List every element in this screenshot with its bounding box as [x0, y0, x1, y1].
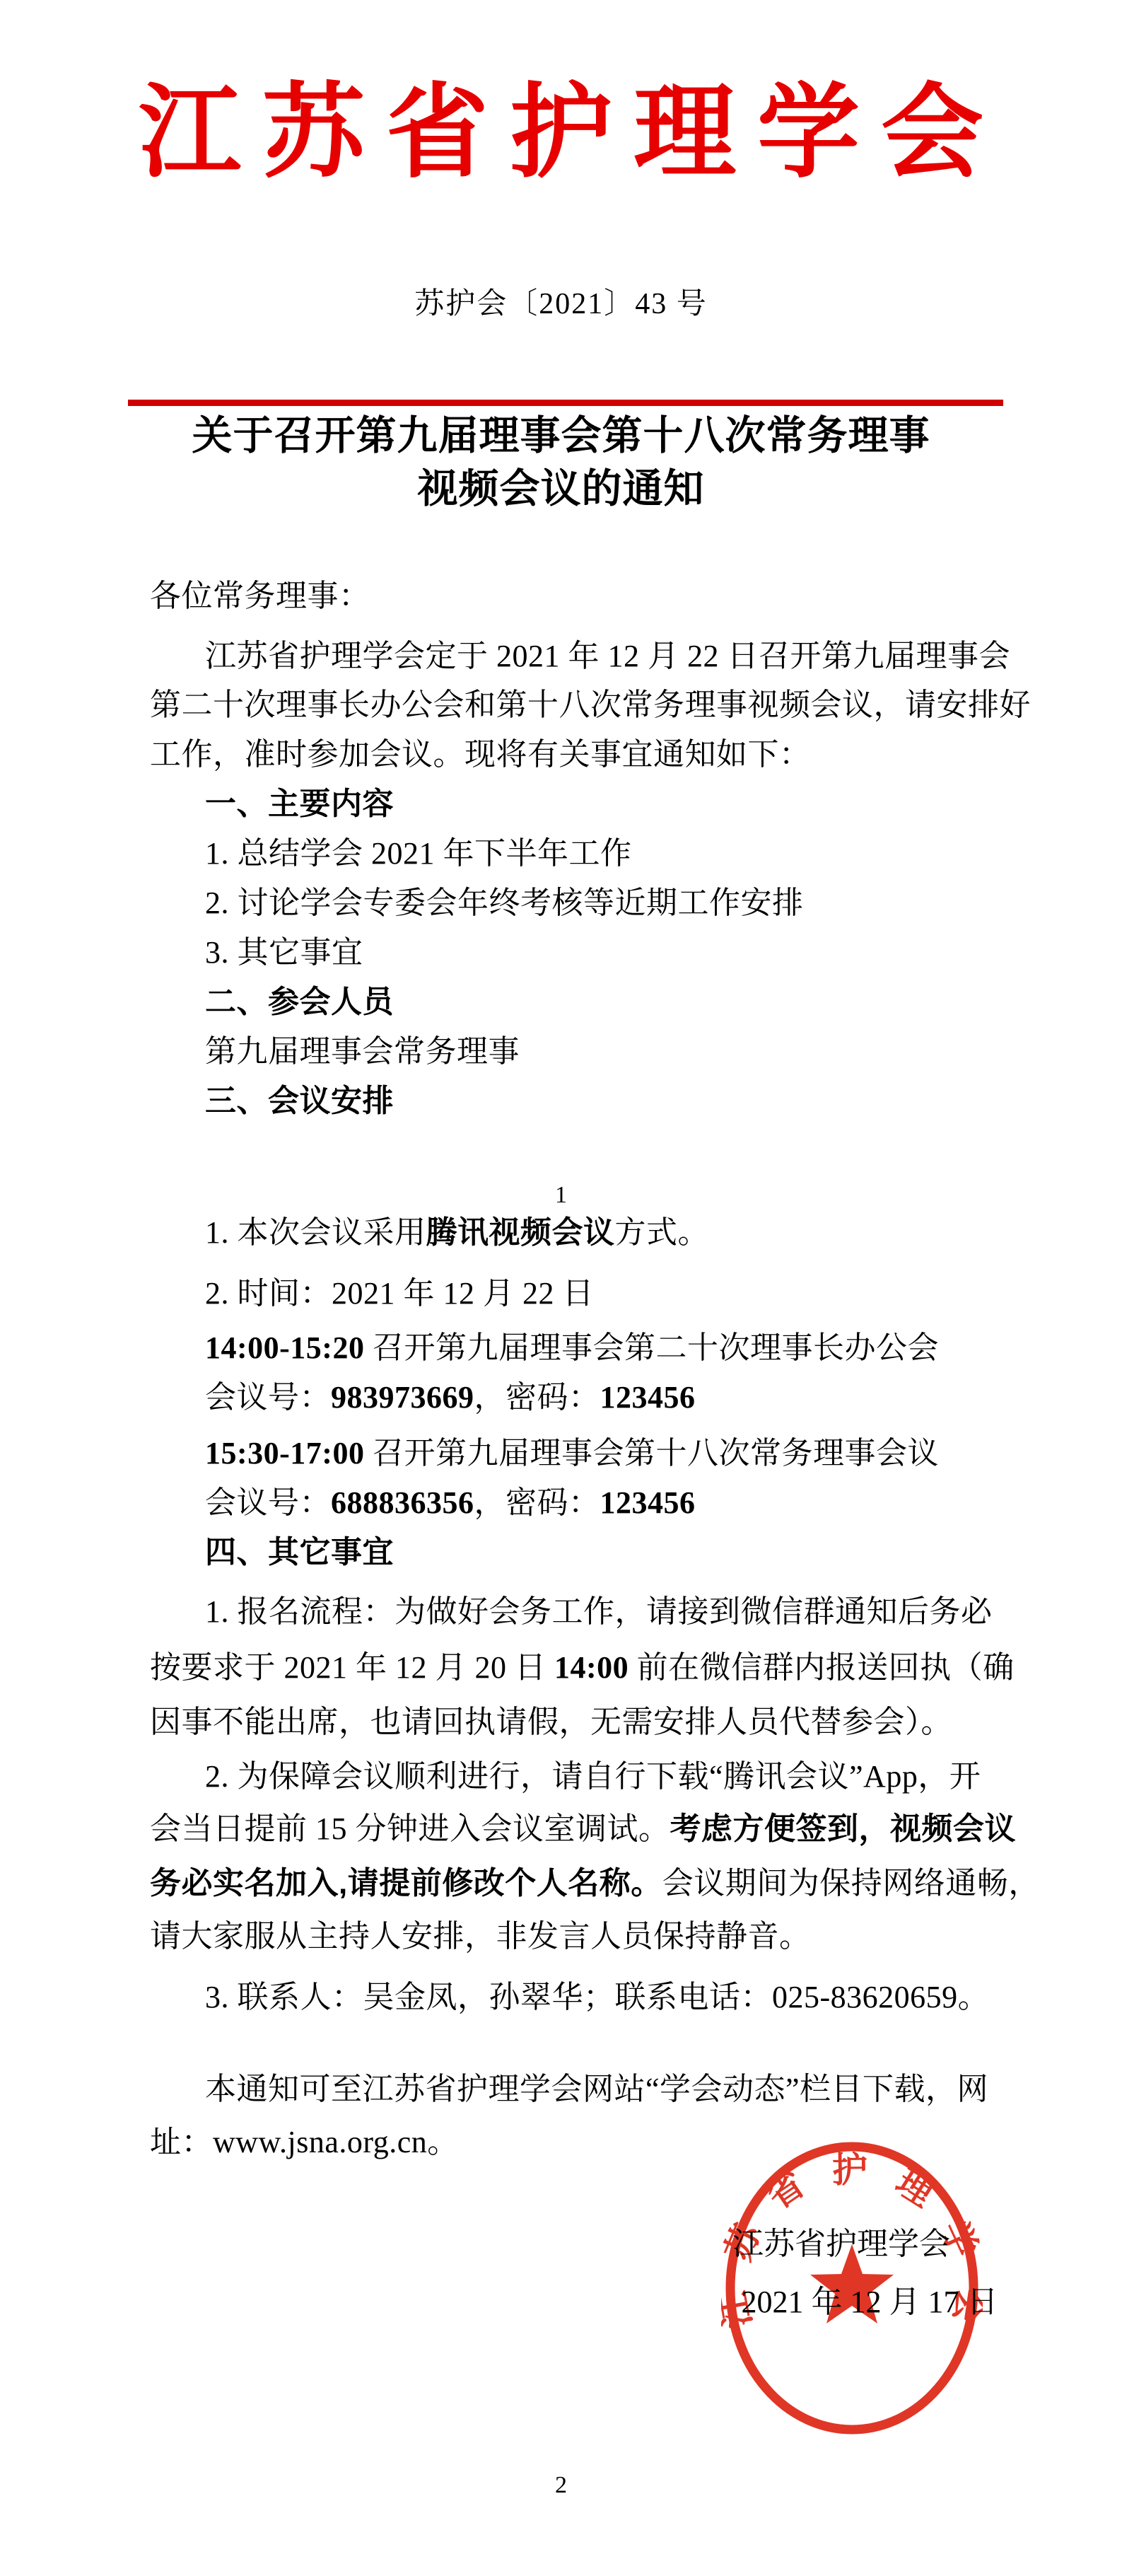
- item2-line2-pre: 会当日提前 15 分钟进入会议室调试。: [150, 1811, 670, 1846]
- intro-line-3: 工作，准时参加会议。现将有关事宜通知如下：: [150, 733, 1005, 776]
- section1-item-2: 2. 讨论学会专委会年终考核等近期工作安排: [150, 882, 1060, 924]
- page2-number: 2: [0, 2464, 1122, 2507]
- section4-item1-line3: 因事不能出席，也请回执请假，无需安排人员代替参会）。: [150, 1701, 1005, 1744]
- section3-item-1: 1. 本次会议采用腾讯视频会议方式。: [150, 1212, 1060, 1254]
- section1-item-3: 3. 其它事宜: [150, 932, 1060, 974]
- meeting1-password: 123456: [600, 1380, 696, 1415]
- letterhead-divider-rule: [128, 400, 1003, 406]
- meeting2-id: 688836356: [331, 1485, 474, 1520]
- official-notice-page: 江苏省护理学会 苏护会〔2021〕43 号 关于召开第九届理事会第十八次常务理事…: [0, 0, 1122, 2576]
- schedule-line-2: 15:30-17:00 召开第九届理事会第十八次常务理事会议: [150, 1432, 1060, 1475]
- section3-item1-pre: 1. 本次会议采用: [205, 1215, 426, 1250]
- section4-heading: 四、其它事宜: [150, 1531, 1060, 1574]
- section2-body: 第九届理事会常务理事: [150, 1031, 1060, 1073]
- section3-heading: 三、会议安排: [150, 1080, 1060, 1122]
- intro-line-1: 江苏省护理学会定于 2021 年 12 月 22 日召开第九届理事会: [150, 635, 1060, 678]
- official-seal: 江苏省护理学会: [721, 2140, 983, 2437]
- meeting-info-2: 会议号：688836356，密码：123456: [150, 1482, 1060, 1524]
- meeting1-id: 983973669: [331, 1380, 474, 1415]
- meeting1-password-label: ，密码：: [474, 1380, 600, 1415]
- meeting-info-1: 会议号：983973669，密码：123456: [150, 1376, 1060, 1419]
- section4-item2-line1: 2. 为保障会议顺利进行，请自行下载“腾讯会议”App，开: [150, 1756, 1060, 1798]
- seal-star-icon: [810, 2244, 894, 2323]
- schedule2-time: 15:30-17:00: [205, 1436, 364, 1470]
- schedule2-text: 召开第九届理事会第十八次常务理事会议: [364, 1436, 939, 1470]
- closing-note-line1: 本通知可至江苏省护理学会网站“学会动态”栏目下载，网: [150, 2068, 1060, 2111]
- section4-item1-line2: 按要求于 2021 年 12 月 20 日 14:00 前在微信群内报送回执（确: [150, 1647, 1005, 1689]
- schedule1-text: 召开第九届理事会第二十次理事长办公会: [364, 1330, 939, 1365]
- item1-line2-pre: 按要求于 2021 年 12 月 20 日: [150, 1650, 554, 1685]
- intro-line-2: 第二十次理事长办公会和第十八次常务理事视频会议，请安排好: [150, 684, 1005, 726]
- section4-item2-line4: 请大家服从主持人安排，非发言人员保持静音。: [150, 1915, 1005, 1958]
- meeting2-label: 会议号：: [205, 1485, 331, 1520]
- item1-line2-post: 前在微信群内报送回执（确: [629, 1650, 1015, 1685]
- meeting1-label: 会议号：: [205, 1380, 331, 1415]
- section4-item1-line1: 1. 报名流程：为做好会务工作，请接到微信群通知后务必: [150, 1591, 1060, 1633]
- document-title: 关于召开第九届理事会第十八次常务理事 视频会议的通知: [0, 410, 1122, 516]
- section4-item3-contacts: 3. 联系人：吴金凤，孙翠华；联系电话：025-83620659。: [150, 1976, 1060, 2019]
- item2-line3-post: 会议期间为保持网络通畅，: [662, 1866, 1040, 1901]
- section4-item2-line3: 务必实名加入,请提前修改个人名称。会议期间为保持网络通畅，: [150, 1862, 1005, 1905]
- section1-item-1: 1. 总结学会 2021 年下半年工作: [150, 832, 1060, 875]
- section3-item1-emphasis: 腾讯视频会议: [426, 1215, 615, 1250]
- section2-heading: 二、参会人员: [150, 981, 1060, 1023]
- document-title-line1: 关于召开第九届理事会第十八次常务理事: [0, 410, 1122, 463]
- meeting2-password-label: ，密码：: [474, 1485, 600, 1520]
- document-number: 苏护会〔2021〕43 号: [0, 283, 1122, 325]
- meeting2-password: 123456: [600, 1485, 696, 1520]
- section3-item1-post: 方式。: [615, 1215, 710, 1250]
- salutation: 各位常务理事：: [150, 575, 1005, 617]
- item2-line2-emphasis: 考虑方便签到，视频会议: [670, 1811, 1017, 1846]
- section4-item2-line2: 会当日提前 15 分钟进入会议室调试。考虑方便签到，视频会议: [150, 1808, 1005, 1850]
- document-title-line2: 视频会议的通知: [0, 463, 1122, 516]
- section1-heading: 一、主要内容: [150, 783, 1060, 825]
- item1-line2-deadline-time: 14:00: [554, 1650, 629, 1685]
- schedule-line-1: 14:00-15:20 召开第九届理事会第二十次理事长办公会: [150, 1327, 1060, 1369]
- schedule1-time: 14:00-15:20: [205, 1330, 364, 1365]
- item2-line3-emphasis: 务必实名加入,请提前修改个人名称。: [150, 1866, 662, 1901]
- section3-item-2: 2. 时间：2021 年 12 月 22 日: [150, 1272, 1060, 1315]
- letterhead-org-name: 江苏省护理学会: [0, 74, 1122, 194]
- page1-number: 1: [0, 1174, 1122, 1217]
